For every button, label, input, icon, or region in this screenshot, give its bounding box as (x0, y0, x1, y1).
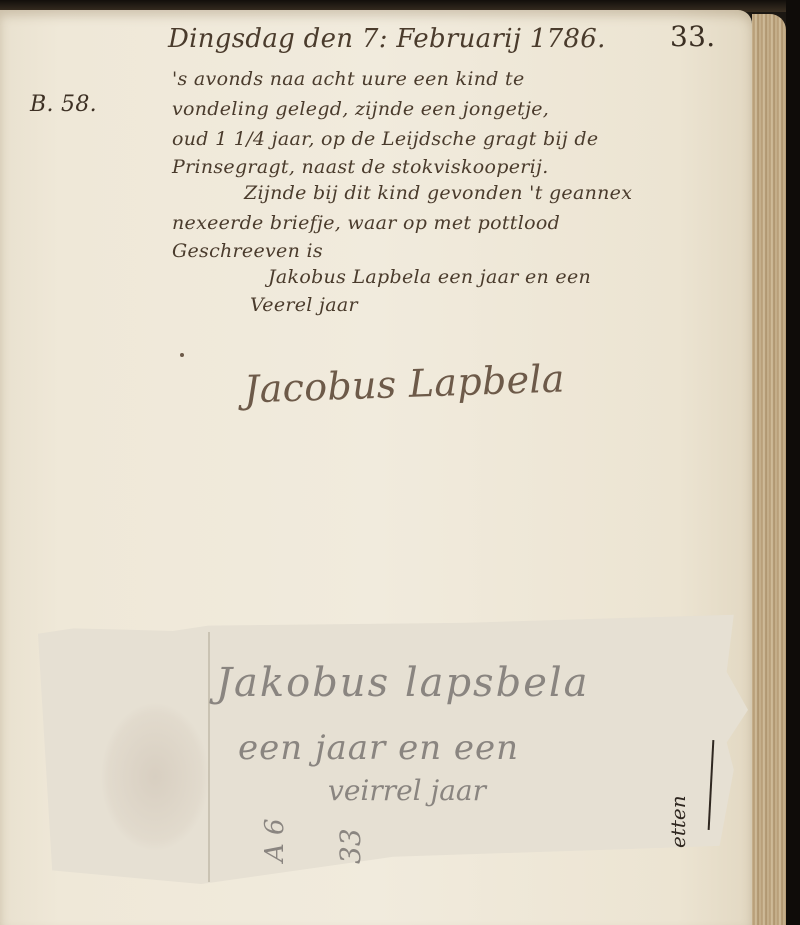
entry-line: Veerel jaar (250, 294, 358, 316)
entry-line: Zijnde bij dit kind gevonden 't geanneх (244, 182, 632, 204)
seal-stain (100, 702, 210, 852)
note-rotated-number: A 6 (260, 818, 290, 862)
entry-line: Jakobus Lapbela een jaar en een (268, 266, 591, 288)
scan-background (786, 0, 800, 925)
note-line: Jakobus lapsbela (216, 660, 590, 706)
note-line: veirrel jaar (328, 774, 486, 807)
entry-line: vondeling gelegd, zijnde een jongetje, (172, 98, 549, 120)
note-line: een jaar en een (238, 728, 519, 768)
page-edges (752, 14, 786, 925)
entry-line: Prinsegragt, naast de stokviskooperij. (172, 156, 549, 178)
page-number: 33. (670, 20, 715, 53)
entry-number: B. 58. (30, 92, 97, 117)
entry-line: oud 1 1/4 jaar, op de Leijdsche gragt bi… (172, 128, 598, 150)
attached-note: Jakobus lapsbela een jaar en een veirrel… (38, 612, 748, 884)
note-fold-line (208, 632, 210, 882)
note-ink-annotation: etten (666, 795, 690, 848)
signature: Jacobus Lapbela (243, 356, 565, 411)
note-rotated-number: 33 (334, 828, 367, 864)
date-header: Dingsdag den 7: Februarij 1786. (168, 24, 606, 54)
ink-dot (180, 353, 184, 357)
entry-line: 's avonds naa acht uure een kind te (172, 68, 525, 90)
entry-line: Geschreeven is (172, 240, 323, 262)
entry-line: nexeerde briefje, waar op met pottlood (172, 212, 560, 234)
